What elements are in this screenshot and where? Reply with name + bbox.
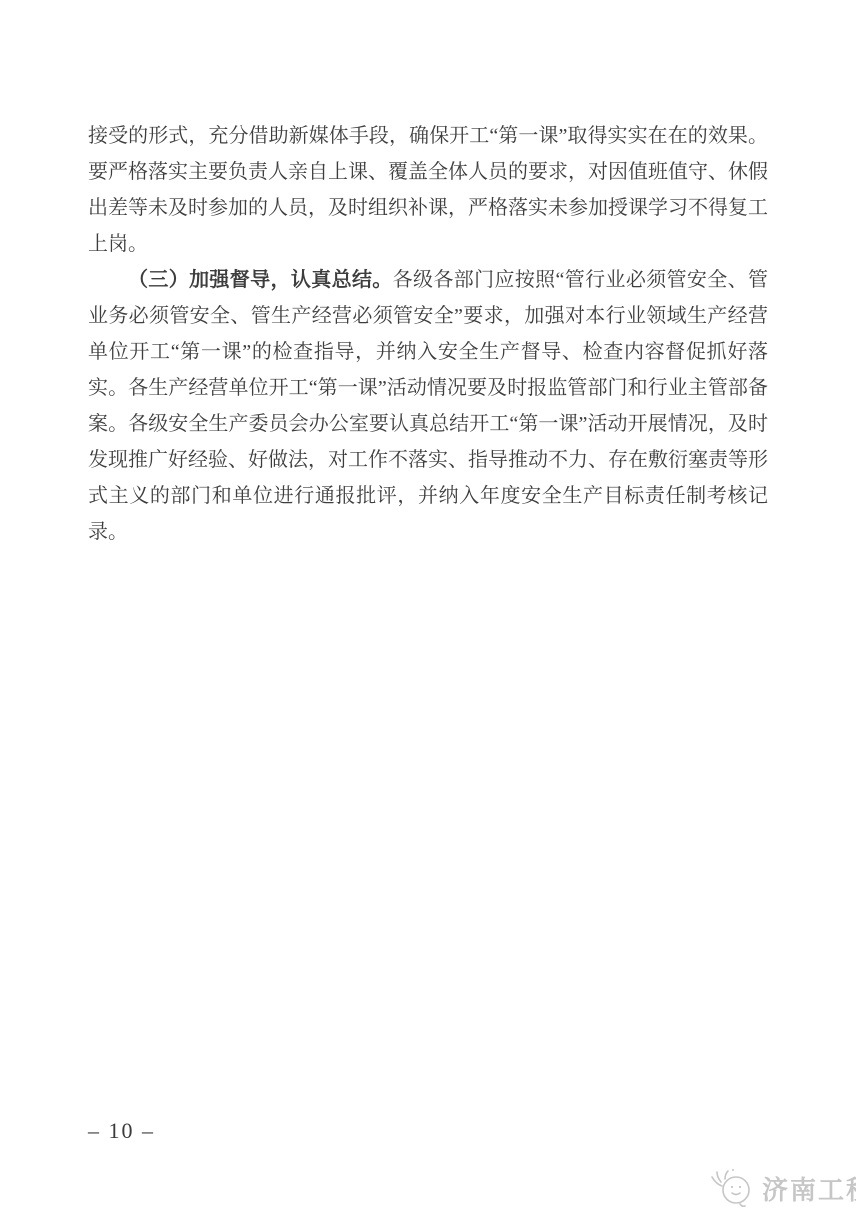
paragraph: 接受的形式，充分借助新媒体手段，确保开工“第一课”取得实实在在的效果。要严格落实…: [88, 118, 768, 262]
paragraph-text: 各级各部门应按照“管行业必须管安全、管业务必须管安全、管生产经营必须管安全”要求…: [88, 269, 768, 543]
paragraph-lead-bold: （三）加强督导，认真总结。: [128, 269, 393, 291]
paragraph-text: 接受的形式，充分借助新媒体手段，确保开工“第一课”取得实实在在的效果。要严格落实…: [88, 125, 768, 255]
document-page: 接受的形式，充分借助新媒体手段，确保开工“第一课”取得实实在在的效果。要严格落实…: [0, 0, 856, 1225]
watermark-text: 济南工程: [762, 1170, 856, 1207]
mascot-face-icon: [706, 1166, 758, 1210]
watermark: 济南工程: [706, 1166, 856, 1210]
paragraph: （三）加强督导，认真总结。各级各部门应按照“管行业必须管安全、管业务必须管安全、…: [88, 262, 768, 550]
page-number: – 10 –: [88, 1118, 155, 1144]
document-body: 接受的形式，充分借助新媒体手段，确保开工“第一课”取得实实在在的效果。要严格落实…: [88, 118, 768, 550]
